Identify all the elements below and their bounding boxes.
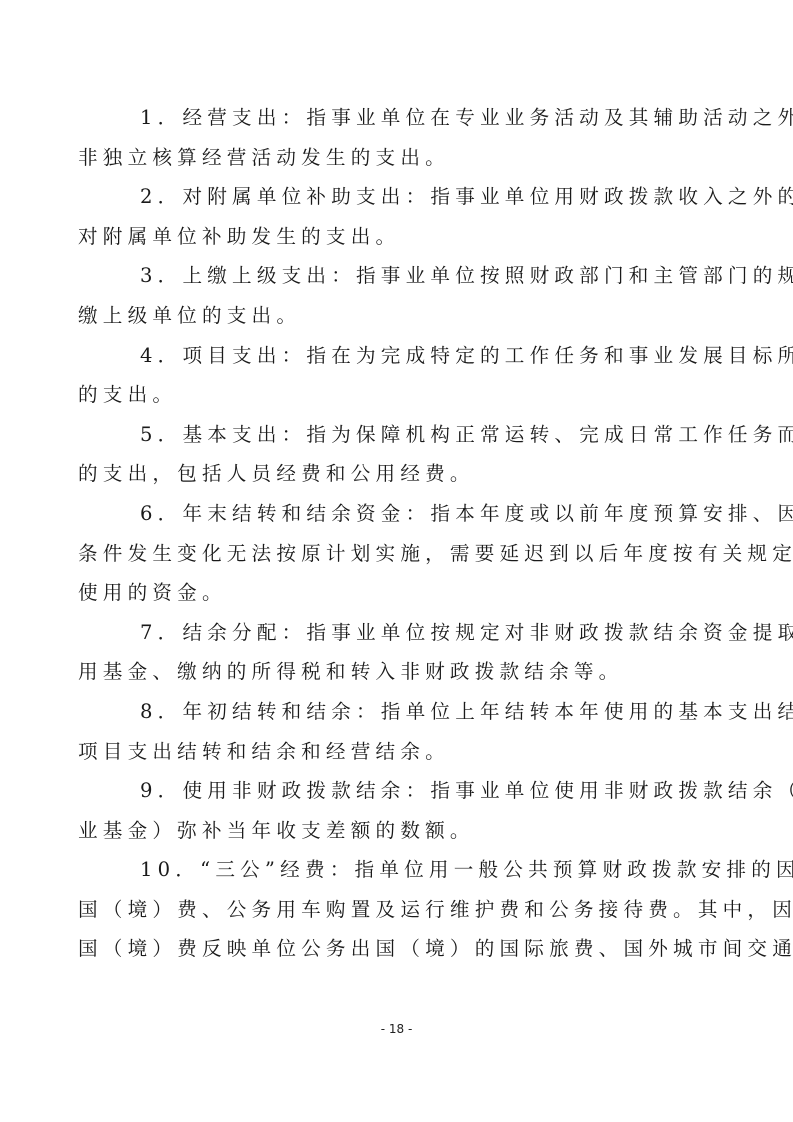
paragraph-6: 6．年末结转和结余资金：指本年度或以前年度预算安排、因客观 条件发生变化无法按原… <box>78 494 748 613</box>
paragraph-line: 业基金）弥补当年收支差额的数额。 <box>78 811 748 851</box>
paragraph-line: 8．年初结转和结余：指单位上年结转本年使用的基本支出结转、 <box>78 692 748 732</box>
paragraph-line: 缴上级单位的支出。 <box>78 296 748 336</box>
paragraph-line: 国（境）费反映单位公务出国（境）的国际旅费、国外城市间交通费、 <box>78 929 748 969</box>
paragraph-line: 条件发生变化无法按原计划实施，需要延迟到以后年度按有关规定继续 <box>78 534 748 574</box>
paragraph-7: 7．结余分配：指事业单位按规定对非财政拨款结余资金提取的专 用基金、缴纳的所得税… <box>78 613 748 692</box>
paragraph-5: 5．基本支出：指为保障机构正常运转、完成日常工作任务而发生 的支出，包括人员经费… <box>78 415 748 494</box>
paragraph-line: 对附属单位补助发生的支出。 <box>78 217 748 257</box>
paragraph-line: 7．结余分配：指事业单位按规定对非财政拨款结余资金提取的专 <box>78 613 748 653</box>
paragraph-line: 2．对附属单位补助支出：指事业单位用财政拨款收入之外的收入 <box>78 177 748 217</box>
paragraph-line: 非独立核算经营活动发生的支出。 <box>78 138 748 178</box>
paragraph-8: 8．年初结转和结余：指单位上年结转本年使用的基本支出结转、 项目支出结转和结余和… <box>78 692 748 771</box>
paragraph-line: 10．“三公”经费：指单位用一般公共预算财政拨款安排的因公出 <box>78 850 748 890</box>
paragraph-line: 项目支出结转和结余和经营结余。 <box>78 732 748 772</box>
paragraph-2: 2．对附属单位补助支出：指事业单位用财政拨款收入之外的收入 对附属单位补助发生的… <box>78 177 748 256</box>
paragraph-line: 1．经营支出：指事业单位在专业业务活动及其辅助活动之外开展 <box>78 98 748 138</box>
paragraph-line: 3．上缴上级支出：指事业单位按照财政部门和主管部门的规定上 <box>78 256 748 296</box>
paragraph-line: 5．基本支出：指为保障机构正常运转、完成日常工作任务而发生 <box>78 415 748 455</box>
paragraph-3: 3．上缴上级支出：指事业单位按照财政部门和主管部门的规定上 缴上级单位的支出。 <box>78 256 748 335</box>
paragraph-1: 1．经营支出：指事业单位在专业业务活动及其辅助活动之外开展 非独立核算经营活动发… <box>78 98 748 177</box>
paragraph-line: 的支出，包括人员经费和公用经费。 <box>78 454 748 494</box>
paragraph-line: 4．项目支出：指在为完成特定的工作任务和事业发展目标所发生 <box>78 336 748 376</box>
paragraph-4: 4．项目支出：指在为完成特定的工作任务和事业发展目标所发生 的支出。 <box>78 336 748 415</box>
paragraph-10: 10．“三公”经费：指单位用一般公共预算财政拨款安排的因公出 国（境）费、公务用… <box>78 850 748 969</box>
paragraph-line: 使用的资金。 <box>78 573 748 613</box>
paragraph-line: 6．年末结转和结余资金：指本年度或以前年度预算安排、因客观 <box>78 494 748 534</box>
paragraph-line: 国（境）费、公务用车购置及运行维护费和公务接待费。其中，因公出 <box>78 890 748 930</box>
paragraph-line: 的支出。 <box>78 375 748 415</box>
paragraph-line: 用基金、缴纳的所得税和转入非财政拨款结余等。 <box>78 652 748 692</box>
document-page: 1．经营支出：指事业单位在专业业务活动及其辅助活动之外开展 非独立核算经营活动发… <box>78 98 748 969</box>
paragraph-9: 9．使用非财政拨款结余：指事业单位使用非财政拨款结余（原事 业基金）弥补当年收支… <box>78 771 748 850</box>
page-number: - 18 - <box>0 1022 793 1036</box>
paragraph-line: 9．使用非财政拨款结余：指事业单位使用非财政拨款结余（原事 <box>78 771 748 811</box>
